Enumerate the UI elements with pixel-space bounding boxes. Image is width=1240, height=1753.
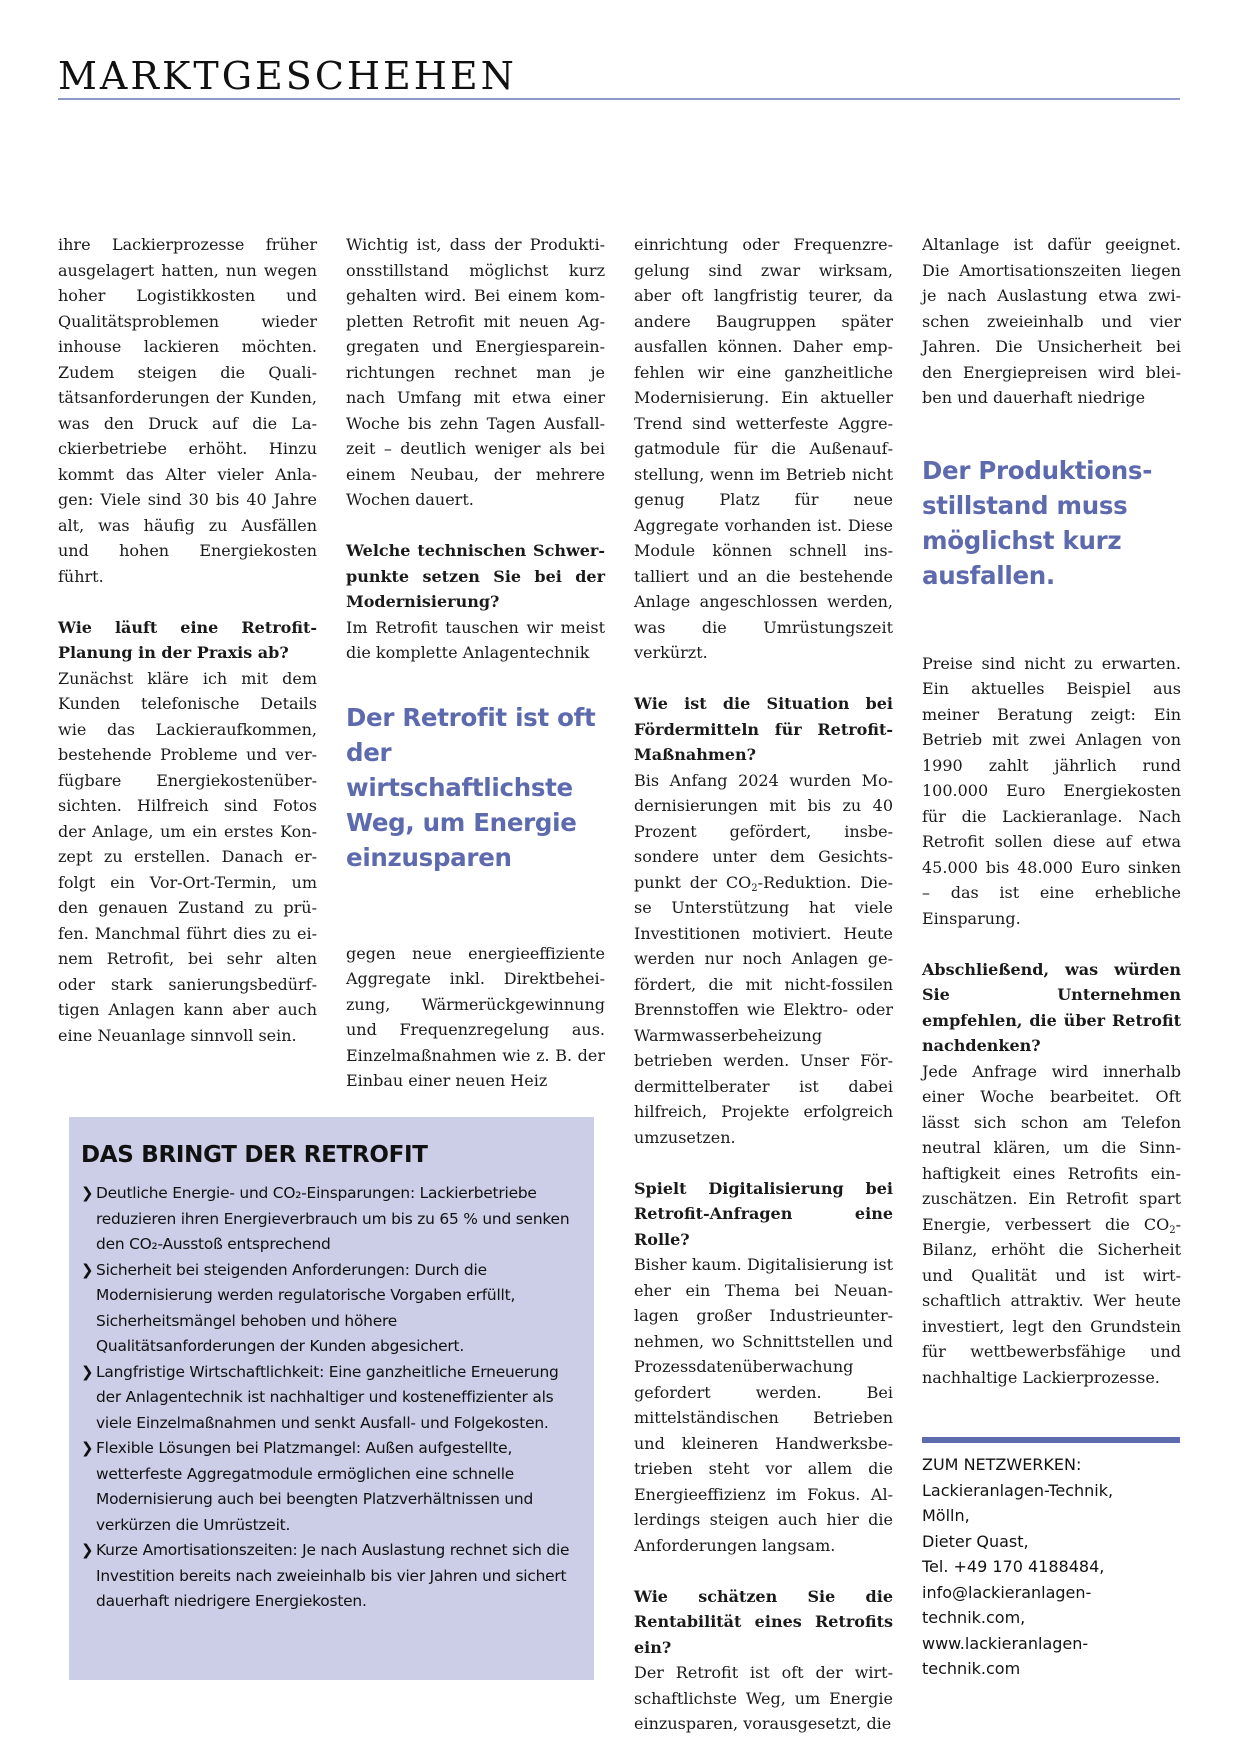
list-item: ❯Kurze Amortisationszeiten: Je nach Ausl… — [81, 1538, 580, 1615]
article-column-4: Altanlage ist dafür geeignet. Die Amorti… — [922, 232, 1181, 1390]
body-paragraph: Jede Anfrage wird innerhalb einer Woche … — [922, 1059, 1181, 1391]
interview-question: Wie schätzen Sie die Rentabi­lität eines… — [634, 1584, 893, 1661]
article-column-2: Wichtig ist, dass der Produkti­onsstills… — [346, 232, 605, 1094]
body-paragraph: einrichtung oder Frequenzre­gelung sind … — [634, 232, 893, 666]
contact-email-cont: technik.com, — [922, 1605, 1180, 1631]
body-paragraph: Preise sind nicht zu erwarten. Ein aktue… — [922, 651, 1181, 932]
header-divider — [58, 98, 1180, 100]
list-item: ❯Langfristige Wirtschaftlichkeit: Eine g… — [81, 1360, 580, 1437]
body-paragraph: Wichtig ist, dass der Produkti­onsstills… — [346, 232, 605, 513]
body-paragraph: Zunächst kläre ich mit dem Kunden telefo… — [58, 666, 317, 1049]
section-title: MARKTGESCHEHEN — [58, 52, 517, 100]
article-column-3: einrichtung oder Frequenzre­gelung sind … — [634, 232, 893, 1737]
contact-block: ZUM NETZWERKEN: Lackieranlagen-Technik, … — [922, 1452, 1180, 1682]
chevron-right-icon: ❯ — [81, 1538, 93, 1564]
body-paragraph: Bis Anfang 2024 wurden Mo­dernisierungen… — [634, 768, 893, 1151]
pull-quote: Der Retrofit ist oft der wirtschaftlichs… — [346, 700, 605, 875]
list-item: ❯Flexible Lösungen bei Platzmangel: Auße… — [81, 1436, 580, 1538]
body-paragraph: Bisher kaum. Digitalisierung ist eher ei… — [634, 1252, 893, 1558]
contact-email: info@lackieranlagen- — [922, 1580, 1180, 1606]
contact-city: Mölln, — [922, 1503, 1180, 1529]
contact-divider — [922, 1437, 1180, 1443]
pull-quote: Der Produktions­stillstand muss möglichs… — [922, 453, 1181, 593]
chevron-right-icon: ❯ — [81, 1258, 93, 1284]
benefits-list: ❯Deutliche Energie- und CO₂-Einsparungen… — [81, 1181, 580, 1615]
interview-question: Wie ist die Situation bei Fördermitteln … — [634, 691, 893, 768]
body-paragraph: Der Retrofit ist oft der wirt­schaftlich… — [634, 1660, 893, 1737]
interview-question: Spielt Digitalisierung bei Retrofit-Anfr… — [634, 1176, 893, 1253]
interview-question: Welche technischen Schwer­punkte setzen … — [346, 538, 605, 615]
chevron-right-icon: ❯ — [81, 1360, 93, 1386]
contact-website-cont: technik.com — [922, 1656, 1180, 1682]
chevron-right-icon: ❯ — [81, 1436, 93, 1462]
body-paragraph: gegen neue energieeffiziente Aggregate i… — [346, 941, 605, 1094]
body-paragraph: Altanlage ist dafür geeignet. Die Amorti… — [922, 232, 1181, 411]
list-item: ❯Sicherheit bei steigenden Anforderungen… — [81, 1258, 580, 1360]
info-box: DAS BRINGT DER RETROFIT ❯Deutliche Energ… — [69, 1117, 594, 1680]
contact-heading: ZUM NETZWERKEN: — [922, 1452, 1180, 1478]
list-item: ❯Deutliche Energie- und CO₂-Einsparungen… — [81, 1181, 580, 1258]
contact-person: Dieter Quast, — [922, 1529, 1180, 1555]
article-column-1: ihre Lackierprozesse früher ausgelagert … — [58, 232, 317, 1048]
contact-phone: Tel. +49 170 4188484, — [922, 1554, 1180, 1580]
contact-website: www.lackieranlagen- — [922, 1631, 1180, 1657]
interview-question: Wie läuft eine Retrofit-Planung in der P… — [58, 615, 317, 666]
body-paragraph: ihre Lackierprozesse früher ausgelagert … — [58, 232, 317, 589]
contact-company: Lackieranlagen-Technik, — [922, 1478, 1180, 1504]
interview-question: Abschließend, was würden Sie Unternehmen… — [922, 957, 1181, 1059]
info-box-title: DAS BRINGT DER RETROFIT — [81, 1139, 580, 1171]
chevron-right-icon: ❯ — [81, 1181, 93, 1207]
body-paragraph: Im Retrofit tauschen wir meist die kompl… — [346, 615, 605, 666]
